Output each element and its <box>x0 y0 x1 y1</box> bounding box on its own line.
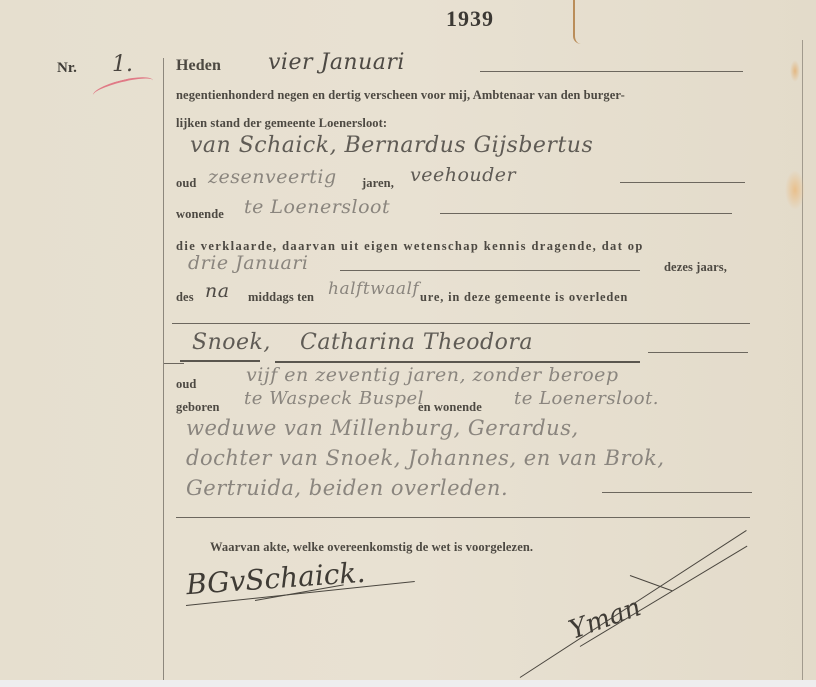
fill-line <box>340 270 640 271</box>
hand-deceased-given-names: Catharina Theodora <box>300 330 533 355</box>
printed-dezes-jaars: dezes jaars, <box>664 260 727 275</box>
section-rule <box>172 323 750 324</box>
year-heading: 1939 <box>420 6 520 32</box>
printed-des: des <box>176 290 194 305</box>
printed-oud-2: oud <box>176 377 196 392</box>
hand-death-time: halftwaalf <box>328 279 419 299</box>
hand-residence: te Loenersloot. <box>514 388 659 409</box>
hand-declarant-occupation: veehouder <box>410 164 516 186</box>
printed-ure-overleden: ure, in deze gemeente is overleden <box>420 290 628 305</box>
stain-mark <box>573 0 581 44</box>
fill-line <box>620 182 745 183</box>
hand-deceased-age-occupation: vijf en zeventig jaren, zonder beroep <box>246 364 619 386</box>
underline-given-names <box>275 361 640 363</box>
section-rule <box>176 517 750 518</box>
hand-deceased-surname: Snoek, <box>192 330 271 355</box>
printed-line-2: negentienhonderd negen en dertig versche… <box>176 88 625 103</box>
fill-line <box>602 492 752 493</box>
hand-declarant-residence: te Loenersloot <box>244 196 390 218</box>
hand-birthplace: te Waspeck Buspel <box>244 388 424 409</box>
fill-line <box>648 352 748 353</box>
hand-declarant-name: van Schaick, Bernardus Gijsbertus <box>190 133 593 158</box>
printed-heden: Heden <box>176 57 221 75</box>
printed-geboren: geboren <box>176 400 220 415</box>
hand-declarant-age: zesenveertig <box>208 166 337 188</box>
underline-surname <box>180 360 260 362</box>
stain-mark <box>785 170 805 210</box>
record-number: 1. <box>112 52 133 77</box>
hand-time-prefix: na <box>205 280 230 302</box>
printed-closing: Waarvan akte, welke overeenkomstig de we… <box>210 540 533 555</box>
printed-en-wonende: en wonende <box>418 400 482 415</box>
hand-relation-parents: Gertruida, beiden overleden. <box>186 476 508 500</box>
hand-relation-widow: weduwe van Millenburg, Gerardus, <box>186 416 579 440</box>
fill-line <box>440 213 732 214</box>
hand-death-date: drie Januari <box>188 252 309 274</box>
hand-date-declared: vier Januari <box>268 50 405 75</box>
hand-relation-daughter: dochter van Snoek, Johannes, en van Brok… <box>186 446 665 470</box>
stain-mark <box>790 60 800 82</box>
printed-wonende: wonende <box>176 207 224 222</box>
printed-oud: oud <box>176 176 196 191</box>
page-bottom-edge <box>0 680 816 687</box>
printed-jaren: jaren, <box>362 176 394 191</box>
right-margin-rule <box>802 40 803 680</box>
margin-rule <box>163 58 164 680</box>
fill-line <box>480 71 743 72</box>
printed-middags-ten: middags ten <box>248 290 314 305</box>
record-number-label: Nr. <box>57 60 77 77</box>
fill-line <box>164 363 184 364</box>
printed-line-3: lijken stand der gemeente Loenersloot: <box>176 116 387 131</box>
